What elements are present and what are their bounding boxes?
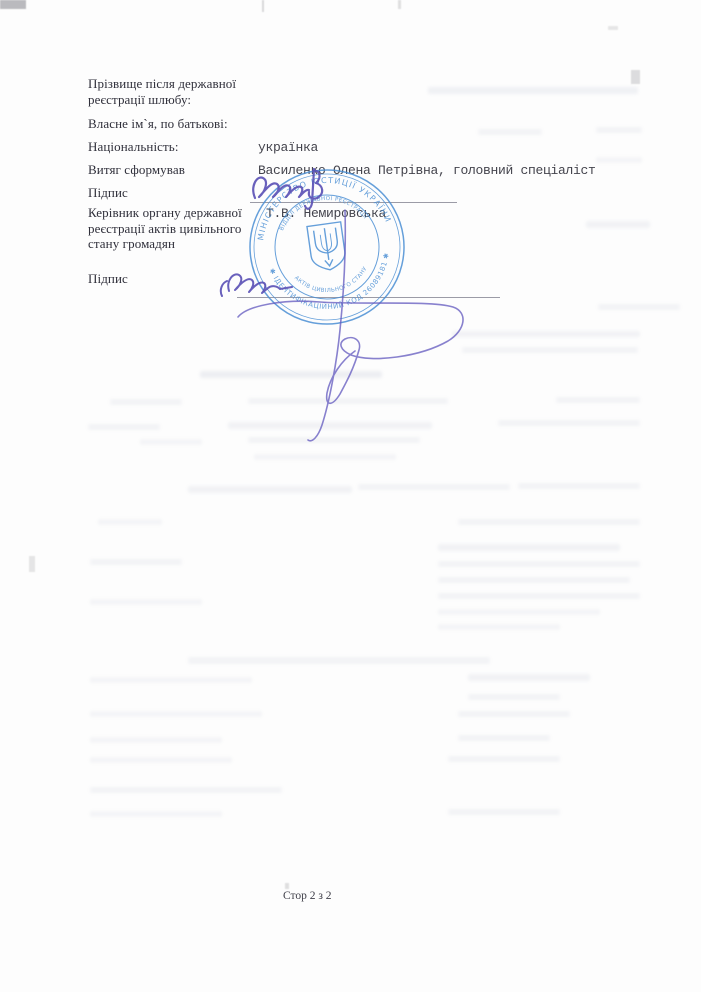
bleedthrough-line xyxy=(90,811,222,817)
bleedthrough-line xyxy=(458,519,640,525)
bleedthrough-line xyxy=(498,420,640,426)
svg-text:МІНІСТЕРСТВО ЮСТИЦІЇ УКРАЇНИ: МІНІСТЕРСТВО ЮСТИЦІЇ УКРАЇНИ xyxy=(249,167,394,242)
bleedthrough-line xyxy=(188,486,352,493)
bleedthrough-line xyxy=(90,737,222,743)
official-round-stamp: МІНІСТЕРСТВО ЮСТИЦІЇ УКРАЇНИ ✱ ІДЕНТИФІК… xyxy=(242,162,412,332)
field-value-nationality: українка xyxy=(258,140,318,155)
stamp-arc-top-text: МІНІСТЕРСТВО ЮСТИЦІЇ УКРАЇНИ xyxy=(249,167,394,242)
field-label-own-name-patronymic: Власне ім`я, по батькові: xyxy=(88,116,260,132)
scan-speck xyxy=(285,883,289,889)
bleedthrough-line xyxy=(90,787,282,793)
scan-speck xyxy=(29,556,35,572)
bleedthrough-line xyxy=(438,544,620,551)
bleedthrough-line xyxy=(518,483,640,489)
bleedthrough-line xyxy=(438,561,640,567)
trident-emblem-icon xyxy=(307,222,347,272)
bleedthrough-line xyxy=(88,424,160,430)
field-label-signature-2: Підпис xyxy=(88,271,260,287)
scan-speck xyxy=(0,0,26,9)
bleedthrough-line xyxy=(438,624,560,630)
scan-speck xyxy=(631,70,640,84)
bleedthrough-line xyxy=(458,711,570,717)
bleedthrough-line xyxy=(254,454,396,460)
scanned-document-page: Прізвище після державної реєстрації шлюб… xyxy=(0,0,701,992)
bleedthrough-line xyxy=(556,397,640,403)
bleedthrough-line xyxy=(188,657,490,664)
bleedthrough-line xyxy=(438,577,630,583)
bleedthrough-line xyxy=(438,593,640,599)
bleedthrough-line xyxy=(90,711,262,717)
bleedthrough-line xyxy=(452,331,640,337)
scan-speck xyxy=(262,0,264,12)
bleedthrough-line xyxy=(448,809,560,815)
bleedthrough-line xyxy=(448,756,560,762)
bleedthrough-line xyxy=(358,484,510,490)
bleedthrough-line xyxy=(90,757,232,763)
bleedthrough-line xyxy=(90,559,182,565)
bleedthrough-line xyxy=(140,439,202,445)
field-label-nationality: Національність: xyxy=(88,139,260,155)
field-label-surname-after-marriage: Прізвище після державної реєстрації шлюб… xyxy=(88,76,260,107)
bleedthrough-line xyxy=(248,437,420,443)
bleedthrough-line xyxy=(478,129,542,135)
bleedthrough-line xyxy=(428,87,638,94)
scan-speck xyxy=(398,0,401,9)
bleedthrough-line xyxy=(468,694,560,700)
bleedthrough-line xyxy=(586,221,650,228)
bleedthrough-line xyxy=(90,677,252,683)
scan-speck xyxy=(608,26,618,30)
bleedthrough-line xyxy=(248,398,448,404)
bleedthrough-line xyxy=(458,735,550,741)
page-number: Стор 2 з 2 xyxy=(283,890,332,902)
bleedthrough-line xyxy=(468,674,590,681)
bleedthrough-line xyxy=(110,399,182,405)
bleedthrough-line xyxy=(200,371,382,378)
bleedthrough-line xyxy=(596,127,642,133)
field-label-extract-formed-by: Витяг сформував xyxy=(88,162,260,178)
bleedthrough-line xyxy=(90,599,202,605)
field-label-signature-1: Підпис xyxy=(88,185,260,201)
field-label-registry-head: Керівник органу державної реєстрації акт… xyxy=(88,205,256,252)
bleedthrough-line xyxy=(98,519,162,525)
bleedthrough-line xyxy=(596,157,642,163)
bleedthrough-line xyxy=(438,609,600,615)
bleedthrough-line xyxy=(228,422,432,429)
bleedthrough-line xyxy=(462,347,638,353)
bleedthrough-line xyxy=(598,304,680,310)
